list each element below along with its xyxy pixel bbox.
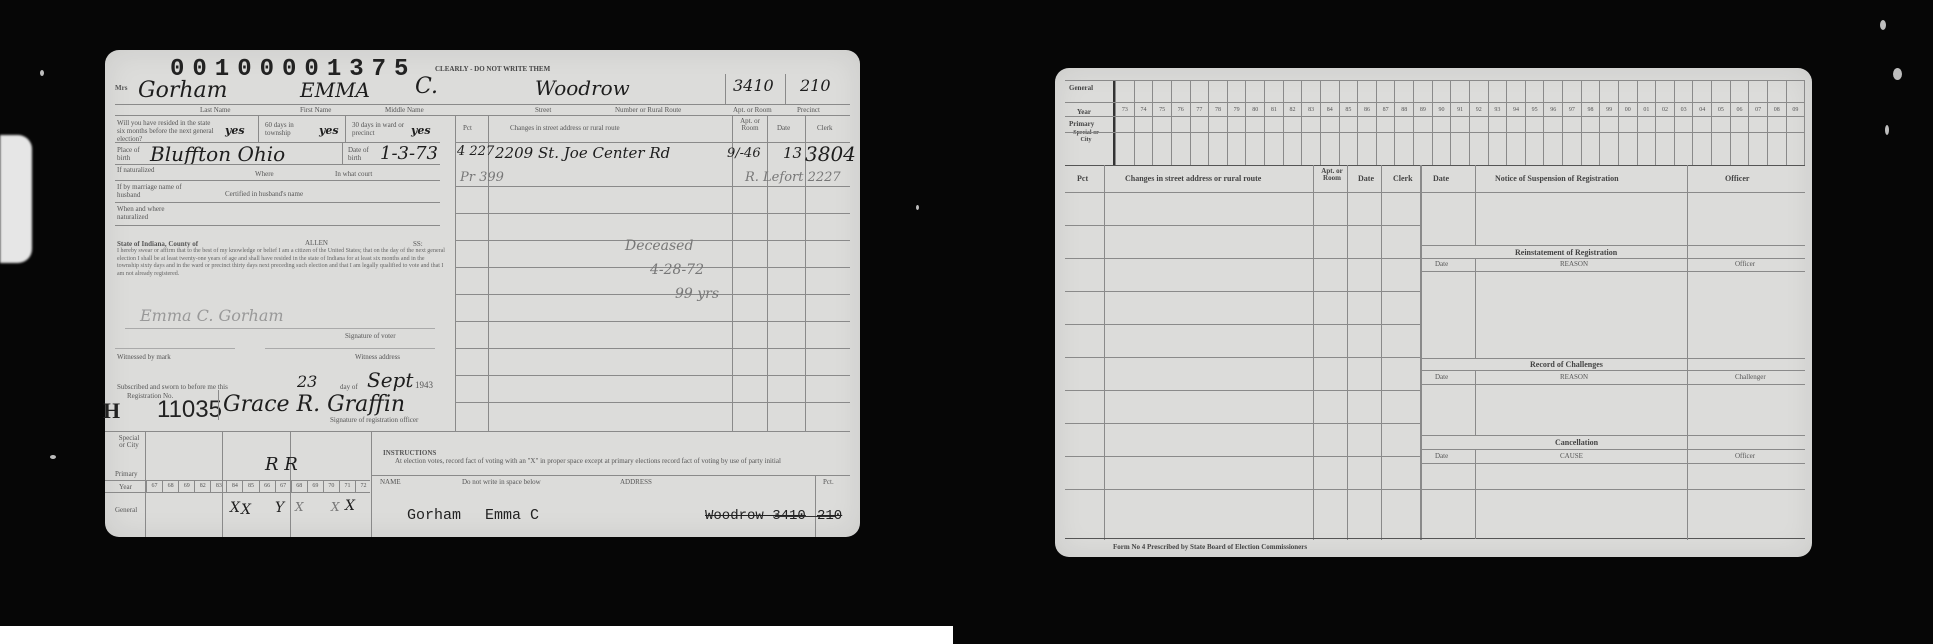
cancellation-title: Cancellation	[1555, 438, 1598, 447]
col-changes: Changes in street address or rural route	[510, 124, 620, 132]
general-mark-5: X	[331, 500, 340, 514]
street: Woodrow	[535, 76, 630, 100]
last-name: Gorham	[138, 78, 227, 103]
suspension-col-date: Date	[1433, 174, 1449, 183]
registration-card-back: General Year Primary Special or City 73 …	[1055, 68, 1812, 557]
back-col-date: Date	[1358, 174, 1374, 183]
stamp-precinct: 210	[817, 508, 842, 524]
back-year-grid: 73 74 75 76 77 78 79 80 81 82 83 84 85 8…	[1115, 80, 1805, 165]
label-officer-signature: Signature of registration officer	[330, 416, 418, 424]
reinstatement-title: Reinstatement of Registration	[1515, 248, 1617, 257]
oath-state-county: State of Indiana, County of	[117, 240, 198, 248]
instructions-title: INSTRUCTIONS	[383, 449, 436, 457]
note-age: 99 yrs	[675, 286, 719, 302]
primary-marks: R R	[265, 454, 298, 475]
registration-letter: H	[103, 398, 120, 424]
registration-card-front: 00100001375 CLEARLY - DO NOT WRITE THEM …	[105, 50, 860, 537]
instructions-text: At election votes, record fact of voting…	[395, 457, 805, 465]
label-when-where: When and where naturalized	[117, 205, 197, 221]
back-col-apt: Apt. or Room	[1317, 168, 1347, 182]
change-row-1-pct: 4 227	[457, 144, 494, 159]
col-clerk: Clerk	[817, 124, 833, 132]
oath-county: ALLEN	[305, 239, 328, 247]
cancellation-col-cause: CAUSE	[1560, 452, 1583, 460]
challenges-col-challenger: Challenger	[1735, 373, 1766, 381]
label-naturalized: If naturalized	[117, 166, 155, 174]
label-first-name: First Name	[300, 106, 331, 114]
registration-number: 11035	[157, 396, 222, 424]
label-day-of: day of	[340, 383, 358, 391]
col-pct: Pct	[463, 124, 472, 132]
col-address: ADDRESS	[620, 478, 652, 486]
change-row-1-address: 2209 St. Joe Center Rd	[495, 144, 670, 162]
label-where: Where	[255, 170, 274, 178]
house-number: 3410	[733, 76, 774, 95]
oath-ss: SS:	[413, 240, 423, 248]
subscribed-year: 1943	[415, 380, 433, 390]
stamp-first-name: Emma C	[485, 507, 539, 524]
change-row-1-clerk: 3804	[805, 142, 856, 166]
vote-years-row: 67 68 69 82 83 84 85 66 67 68 69 70 71 7…	[146, 480, 371, 492]
days-township-answer: yes	[319, 124, 339, 137]
back-row-year: Year	[1077, 108, 1091, 116]
label-resided-state: Will you have resided in the state six m…	[117, 119, 217, 143]
back-row-primary: Primary	[1069, 120, 1094, 128]
label-street: Street	[535, 106, 551, 114]
challenges-title: Record of Challenges	[1530, 360, 1603, 369]
dust-speck	[1880, 20, 1886, 30]
dust-speck	[40, 70, 44, 76]
col-pct-stamp: Pct.	[823, 478, 834, 486]
label-court: In what court	[335, 170, 372, 178]
label-married: If by marriage name of husband	[117, 183, 197, 199]
col-date: Date	[777, 124, 790, 132]
note-date: 4-28-72	[650, 262, 704, 278]
general-mark-2: X	[241, 502, 251, 518]
general-mark-6: X	[345, 498, 355, 514]
voter-signature: Emma C. Gorham	[140, 306, 284, 325]
subscribed-month: Sept	[367, 368, 413, 392]
form-footer: Form No 4 Prescribed by State Board of E…	[1113, 543, 1307, 551]
date-of-birth: 1-3-73	[380, 143, 438, 164]
dust-speck	[1893, 68, 1902, 80]
stamp-last-name: Gorham	[407, 507, 461, 524]
general-mark-3: Y	[275, 500, 284, 516]
do-not-write: Do not write in space below	[462, 478, 541, 486]
back-col-changes: Changes in street address or rural route	[1125, 174, 1261, 183]
header-instruction: CLEARLY - DO NOT WRITE THEM	[435, 65, 550, 73]
reinstatement-col-date: Date	[1435, 260, 1448, 268]
reinstatement-col-reason: REASON	[1560, 260, 1588, 268]
first-name: EMMA	[300, 78, 370, 102]
suspension-title: Notice of Suspension of Registration	[1495, 174, 1619, 183]
label-witness: Witnessed by mark	[117, 353, 171, 361]
middle-name: C.	[415, 74, 438, 99]
dust-speck	[916, 205, 919, 210]
general-mark-1: X	[230, 500, 240, 516]
resided-state-answer: yes	[225, 124, 245, 137]
back-col-pct: Pct	[1077, 174, 1088, 183]
vote-row-primary: Primary	[115, 470, 138, 478]
label-middle-name: Middle Name	[385, 106, 424, 114]
label-days-township: 60 days in township	[265, 121, 315, 137]
dust-speck	[1885, 125, 1889, 135]
label-last-name: Last Name	[200, 106, 231, 114]
change-row-2-pct: Pr 399	[460, 170, 504, 185]
col-apt: Apt. or Room	[735, 118, 765, 132]
dust-speck	[50, 455, 56, 459]
label-subscribed: Subscribed and sworn to before me this	[117, 383, 228, 391]
suspension-col-officer: Officer	[1725, 174, 1749, 183]
cancellation-col-officer: Officer	[1735, 452, 1755, 460]
label-place-of-birth: Place of birth	[117, 146, 147, 162]
label-date-of-birth: Date of birth	[348, 146, 378, 162]
scan-artifact-left	[0, 135, 32, 263]
label-signature-of-voter: Signature of voter	[345, 332, 396, 340]
change-row-1-date: 13	[783, 144, 802, 162]
vote-row-general: General	[115, 506, 137, 514]
officer-signature: Grace R. Graffin	[223, 392, 405, 417]
label-days-ward: 30 days in ward or precinct	[352, 121, 407, 137]
challenges-col-date: Date	[1435, 373, 1448, 381]
days-ward-answer: yes	[411, 124, 431, 137]
vote-row-year: Year	[119, 483, 132, 491]
back-row-general: General	[1069, 84, 1093, 92]
reinstatement-col-officer: Officer	[1735, 260, 1755, 268]
vote-row-special: Special or City	[115, 435, 143, 449]
label-apt: Apt. or Room	[733, 106, 772, 114]
label-witness-address: Witness address	[355, 353, 400, 361]
label-husband-info: Certified in husband's name	[225, 190, 303, 198]
cancellation-col-date: Date	[1435, 452, 1448, 460]
precinct: 210	[800, 76, 831, 95]
col-name: NAME	[380, 478, 401, 486]
place-of-birth: Bluffton Ohio	[150, 142, 285, 166]
oath-text: I hereby swear or affirm that to the bes…	[117, 248, 447, 278]
title-prefix: Mrs	[115, 84, 127, 92]
back-col-clerk: Clerk	[1393, 174, 1413, 183]
subscribed-day: 23	[297, 372, 317, 391]
change-row-2-apt: R. Lefort 2227	[745, 170, 841, 185]
label-precinct: Precinct	[797, 106, 820, 114]
scan-strip-bottom	[0, 626, 953, 644]
change-row-1-apt: 9/-46	[727, 146, 761, 161]
challenges-col-reason: REASON	[1560, 373, 1588, 381]
note-deceased: Deceased	[625, 238, 693, 254]
label-number: Number or Rural Route	[615, 106, 681, 114]
general-mark-4: X	[295, 500, 304, 514]
